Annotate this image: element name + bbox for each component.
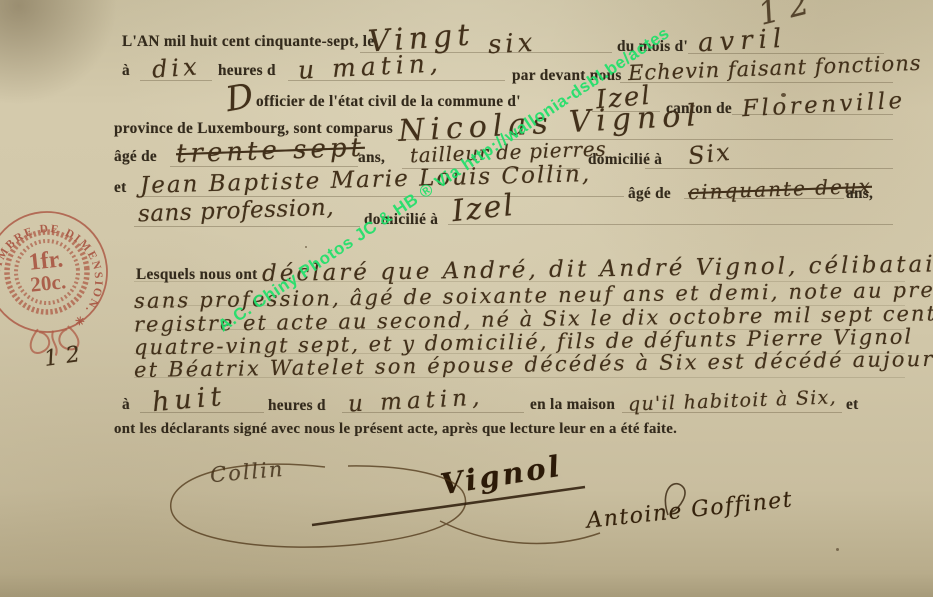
printed-in-the-house: en la maison xyxy=(530,396,615,414)
printed-lesquels: Lesquels nous ont xyxy=(136,266,258,284)
hw-declarant2-domicile: Izel xyxy=(450,188,516,229)
printed-closing-and: et xyxy=(846,396,858,414)
collin-tail-flourish xyxy=(440,521,600,543)
hw-canton: Florenville xyxy=(741,88,906,123)
hw-day-word2: six xyxy=(487,28,537,60)
printed-closing-hours: heures d xyxy=(268,397,326,415)
document-scan: 12 L'AN mil huit cent cinquante-sept, le… xyxy=(0,0,933,597)
hw-month: avril xyxy=(697,24,788,59)
hw-declarant1-age: trente sept xyxy=(176,133,366,170)
hw-hour: dix xyxy=(151,52,201,83)
printed-signature-sentence: ont les déclarants signé avec nous le pr… xyxy=(114,421,677,438)
ink-speck xyxy=(305,246,307,248)
hw-flourish-d: D xyxy=(223,76,257,120)
printed-aged2: âgé de xyxy=(628,185,671,203)
hw-declarant1-domicile: Six xyxy=(687,138,733,170)
printed-at: à xyxy=(122,62,130,80)
printed-year-line: L'AN mil huit cent cinquante-sept, le xyxy=(122,33,374,51)
printed-aged: âgé de xyxy=(114,148,157,166)
hw-declarant2-age: cinquante deux xyxy=(688,174,873,204)
signature-collin: Collin xyxy=(209,457,285,487)
stamp-value-bottom: 20c. xyxy=(29,269,67,297)
printed-closing-at: à xyxy=(122,396,130,414)
hw-declarant2-profession: sans profession, xyxy=(138,195,335,228)
hw-officer-title: Echevin faisant fonctions xyxy=(628,51,922,85)
ink-speck xyxy=(836,548,839,551)
hw-closing-hour: huit xyxy=(151,381,228,418)
printed-civil-officer: officier de l'état civil de la commune d… xyxy=(256,93,521,111)
form-rule xyxy=(645,168,893,169)
form-rule xyxy=(448,224,893,225)
printed-years: ans, xyxy=(358,149,385,167)
printed-years2: ans, xyxy=(846,185,873,203)
signature-goffinet: Antoine Goffinet xyxy=(585,487,794,534)
signature-vignol: Vignol xyxy=(438,449,565,502)
printed-domiciled1: domicilié à xyxy=(588,151,662,169)
